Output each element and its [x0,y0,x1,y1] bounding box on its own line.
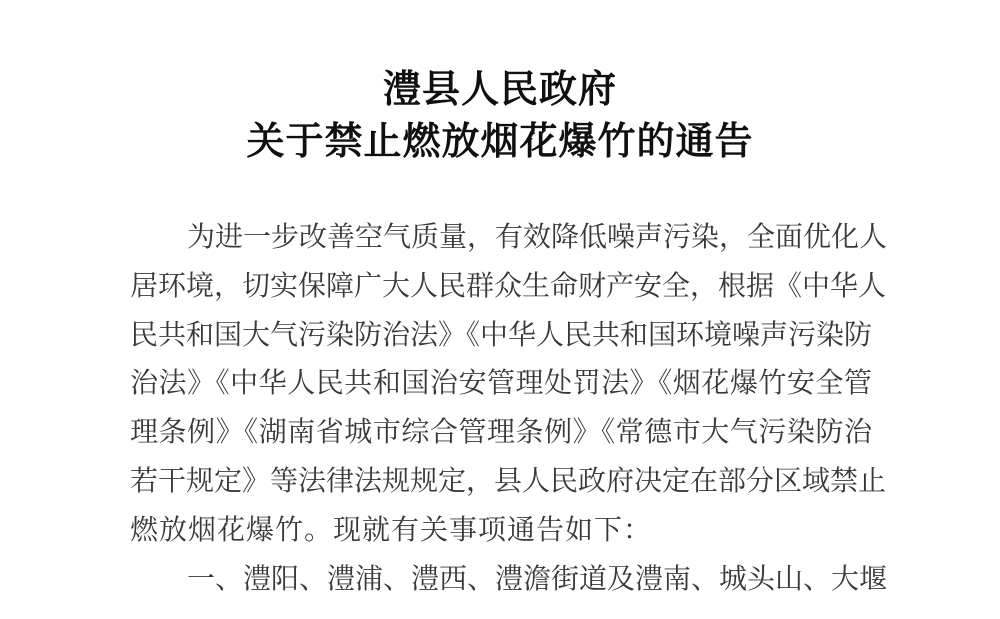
body-line: 若干规定》等法律法规规定，县人民政府决定在部分区域禁止 [130,458,872,507]
document-page: 澧县人民政府 关于禁止燃放烟花爆竹的通告 为进一步改善空气质量，有效降低噪声污染… [0,0,1000,619]
body-line: 居环境，切实保障广大人民群众生命财产安全，根据《中华人 [130,263,872,312]
body-line: 理条例》《湖南省城市综合管理条例》《常德市大气污染防治 [130,409,872,458]
body-line: 治法》《中华人民共和国治安管理处罚法》《烟花爆竹安全管 [130,360,872,409]
document-title: 澧县人民政府 关于禁止燃放烟花爆竹的通告 [0,64,1000,168]
body-line: 为进一步改善空气质量，有效降低噪声污染，全面优化人 [130,214,872,263]
body-line: 一、澧阳、澧浦、澧西、澧澹街道及澧南、城头山、大堰 [130,556,872,605]
title-line-authority: 澧县人民政府 [0,64,1000,116]
body-line: 民共和国大气污染防治法》《中华人民共和国环境噪声污染防 [130,312,872,361]
title-line-subject: 关于禁止燃放烟花爆竹的通告 [0,116,1000,168]
body-line: 燃放烟花爆竹。现就有关事项通告如下： [130,507,872,556]
document-body: 为进一步改善空气质量，有效降低噪声污染，全面优化人 居环境，切实保障广大人民群众… [130,214,872,604]
